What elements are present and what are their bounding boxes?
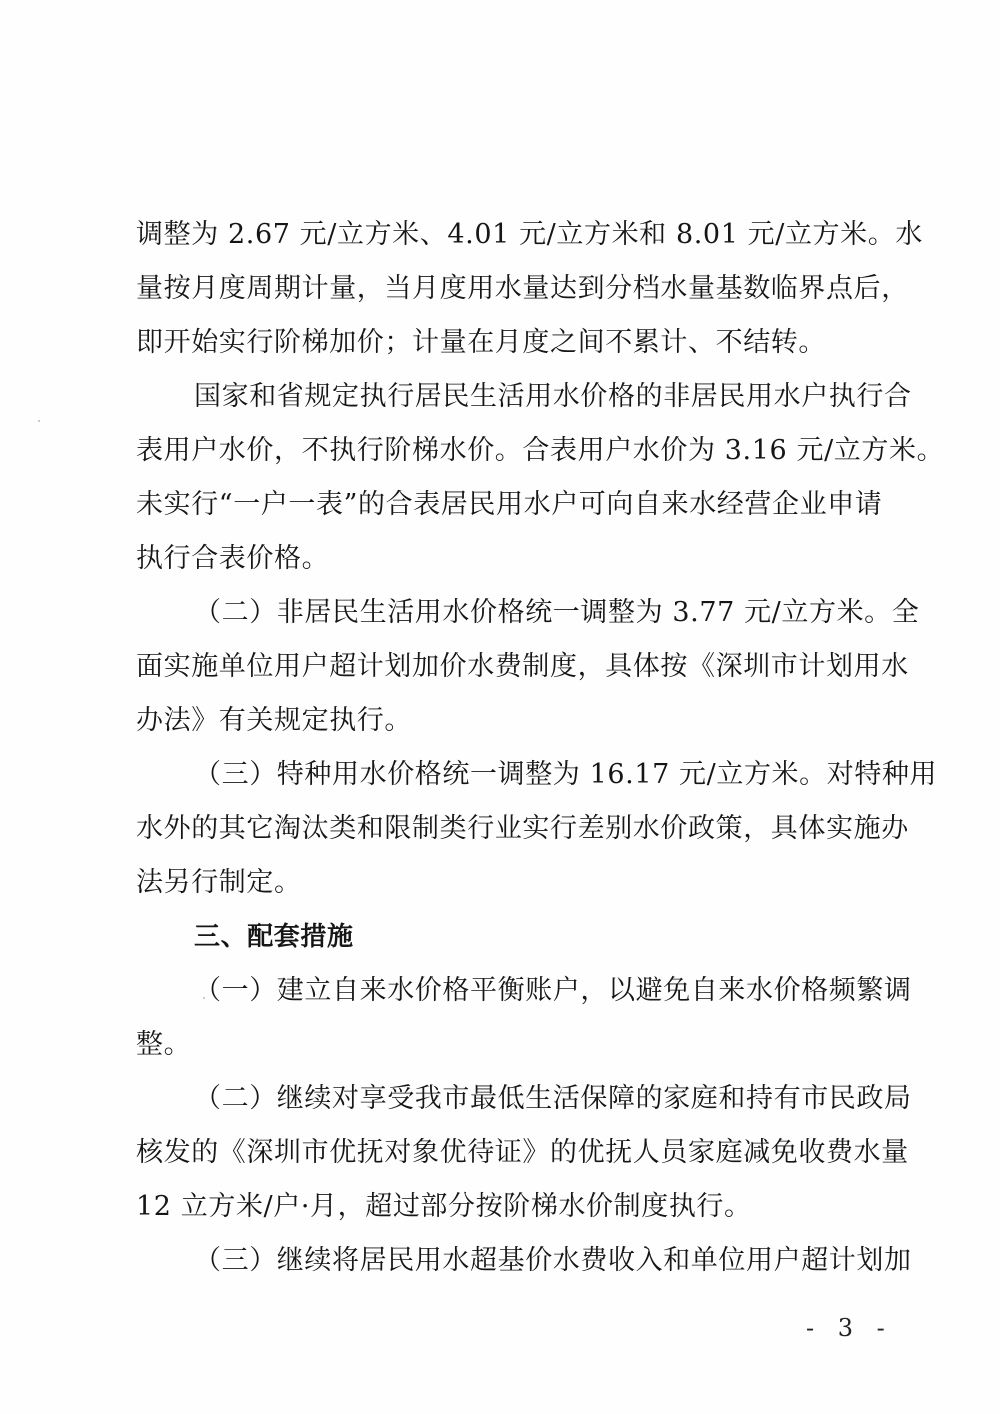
text-line: 未实行“一户一表”的合表居民用水户可向自来水经营企业申请 [136, 478, 864, 532]
text-line: 办法》有关规定执行。 [136, 694, 864, 748]
document-body: 调整为 2.67 元/立方米、4.01 元/立方米和 8.01 元/立方米。水 … [136, 208, 864, 1288]
paragraph-start: （二）非居民生活用水价格统一调整为 3.77 元/立方米。全 [136, 586, 864, 640]
page-number: - 3 - [806, 1314, 893, 1342]
text-line: 水外的其它淘汰类和限制类行业实行差别水价政策，具体实施办 [136, 802, 864, 856]
paragraph-start: （三）继续将居民用水超基价水费收入和单位用户超计划加 [136, 1234, 864, 1288]
text-line: 表用户水价，不执行阶梯水价。合表用户水价为 3.16 元/立方米。 [136, 424, 864, 478]
text-line: 核发的《深圳市优抚对象优待证》的优抚人员家庭减免收费水量 [136, 1126, 864, 1180]
text-line: 12 立方米/户·月，超过部分按阶梯水价制度执行。 [136, 1180, 864, 1234]
paragraph-start: （三）特种用水价格统一调整为 16.17 元/立方米。对特种用 [136, 748, 864, 802]
text-line: 面实施单位用户超计划加价水费制度，具体按《深圳市计划用水 [136, 640, 864, 694]
text-line: 量按月度周期计量，当月度用水量达到分档水量基数临界点后， [136, 262, 864, 316]
paragraph-start: （一）建立自来水价格平衡账户，以避免自来水价格频繁调 [136, 964, 864, 1018]
text-line: 调整为 2.67 元/立方米、4.01 元/立方米和 8.01 元/立方米。水 [136, 208, 864, 262]
document-page: 调整为 2.67 元/立方米、4.01 元/立方米和 8.01 元/立方米。水 … [0, 0, 1000, 1414]
scan-speck [38, 420, 40, 422]
section-heading: 三、配套措施 [136, 910, 864, 964]
text-line: 执行合表价格。 [136, 532, 864, 586]
text-line: 整。 [136, 1018, 864, 1072]
paragraph-start: （二）继续对享受我市最低生活保障的家庭和持有市民政局 [136, 1072, 864, 1126]
text-line: 即开始实行阶梯加价；计量在月度之间不累计、不结转。 [136, 316, 864, 370]
paragraph-start: 国家和省规定执行居民生活用水价格的非居民用水户执行合 [136, 370, 864, 424]
text-line: 法另行制定。 [136, 856, 864, 910]
